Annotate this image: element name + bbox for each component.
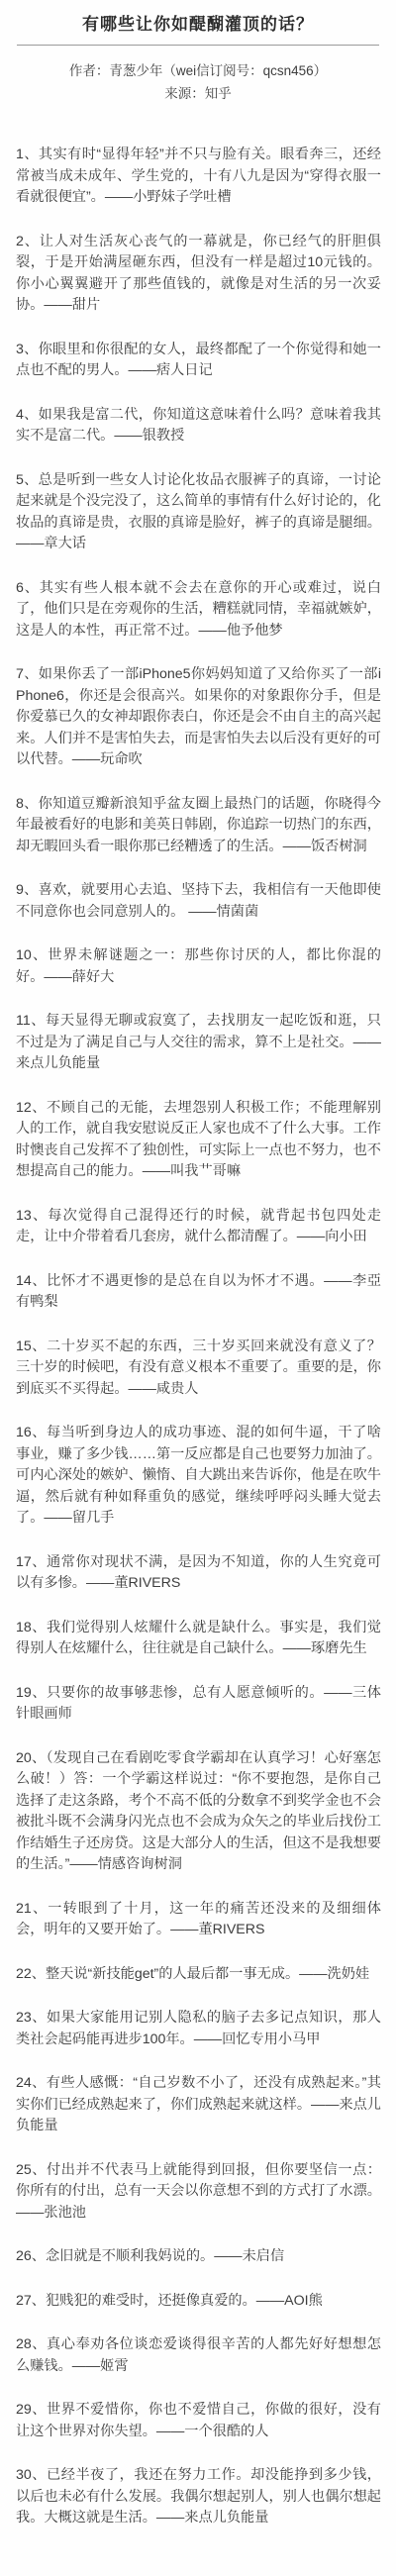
quote-item: 25、付出并不代表马上就能得到回报，但你要坚信一点：你所有的付出，总有一天会以你… (16, 2160, 381, 2225)
quote-item: 3、你眼里和你很配的女人，最终都配了一个你觉得和她一点也不配的男人。——痞人日记 (16, 340, 381, 382)
quote-item: 1、其实有时“显得年轻”并不只与脸有关。眼看奔三，还经常被当成未成年、学生党的，… (16, 145, 381, 209)
quote-item: 24、有些人感慨：“自己岁数不小了，还没有成熟起来。”其实你们已经成熟起来了，你… (16, 2073, 381, 2137)
quote-item: 27、犯贱犯的难受时，还挺像真爱的。——AOI熊 (16, 2291, 381, 2313)
quote-item: 2、让人对生活灰心丧气的一幕就是，你已经气的肝胆俱裂，于是开始满屋砸东西，但没有… (16, 232, 381, 317)
quote-item: 5、总是听到一些女人讨论化妆品衣服裤子的真谛，一讨论起来就是个没完没了，这么简单… (16, 470, 381, 555)
quote-item: 10、世界未解谜题之一：那些你讨厌的人，都比你混的好。——薛好大 (16, 945, 381, 988)
author-line: 作者：青葱少年（wei信订阅号：qcsn456） (0, 59, 396, 82)
quote-item: 6、其实有些人根本就不会去在意你的开心或难过，说白了，他们只是在旁观你的生活，糟… (16, 578, 381, 643)
quote-item: 9、喜欢，就要用心去追、坚持下去，我相信有一天他即使不同意你也会同意别人的。 —… (16, 880, 381, 923)
quote-item: 18、我们觉得别人炫耀什么就是缺什么。事实是，我们觉得别人在炫耀什么，往往就是自… (16, 1618, 381, 1660)
article-header: 有哪些让你如醍醐灌顶的话？ 作者：青葱少年（wei信订阅号：qcsn456） 来… (0, 0, 396, 105)
quote-item: 8、你知道豆瓣新浪知乎盆友圈上最热门的话题，你晓得今年最被看好的电影和美英日韩剧… (16, 794, 381, 858)
quote-item: 20、（发现自己在看剧吃零食学霸却在认真学习！心好塞怎么破！）答：一个学霸这样说… (16, 1748, 381, 1876)
quote-item: 11、每天显得无聊或寂寞了，去找朋友一起吃饭和逛，只不过是为了满足自己与人交往的… (16, 1011, 381, 1075)
quote-item: 4、如果我是富二代，你知道这意味着什么吗？意味着我其实不是富二代。——银教授 (16, 405, 381, 447)
quote-item: 19、只要你的故事够悲惨，总有人愿意倾听的。——三体针眼画师 (16, 1683, 381, 1726)
quote-item: 23、如果大家能用记别人隐私的脑子去多记点知识，那人类社会起码能再进步100年。… (16, 2008, 381, 2050)
quote-item: 22、整天说“新技能get”的人最后都一事无成。——洗奶娃 (16, 1964, 381, 1986)
quote-item: 26、念旧就是不顺利我妈说的。——未启信 (16, 2246, 381, 2268)
quote-item: 15、二十岁买不起的东西，三十岁买回来就没有意义了？三十岁的时候吧，有没有意义根… (16, 1337, 381, 1401)
quote-item: 28、真心奉劝各位谈恋爱谈得很辛苦的人都先好好想想怎么赚钱。——姬霄 (16, 2334, 381, 2377)
article-page: 有哪些让你如醍醐灌顶的话？ 作者：青葱少年（wei信订阅号：qcsn456） 来… (0, 0, 396, 2576)
quote-item: 13、每次觉得自己混得还行的时候，就背起书包四处走走，让中介带着看几套房，就什么… (16, 1206, 381, 1248)
quotes-list: 1、其实有时“显得年轻”并不只与脸有关。眼看奔三，还经常被当成未成年、学生党的，… (0, 145, 396, 2576)
quote-item: 12、不顾自己的无能，去埋怨别人积极工作；不能理解别人的工作，就自我安慰说反正人… (16, 1098, 381, 1183)
page-title: 有哪些让你如醍醐灌顶的话？ (10, 12, 386, 38)
source-line: 来源：知乎 (0, 82, 396, 105)
quote-item: 7、如果你丢了一部iPhone5你妈妈知道了又给你买了一部iPhone6，你还是… (16, 664, 381, 771)
quote-item: 14、比怀才不遇更惨的是总在自以为怀才不遇。——李亞有鸭梨 (16, 1271, 381, 1314)
quote-item: 30、已经半夜了，我还在努力工作。却没能挣到多少钱，以后也未必有什么发展。我偶尔… (16, 2465, 381, 2529)
quote-item: 17、通常你对现状不满，是因为不知道，你的人生究竟可以有多惨。——董RIVERS (16, 1552, 381, 1595)
quote-item: 21、一转眼到了十月，这一年的痛苦还没来的及细细体会，明年的又要开始了。——董R… (16, 1899, 381, 1941)
title-divider (17, 45, 379, 46)
quote-item: 29、世界不爱惜你，你也不爱惜自己，你做的很好，没有让这个世界对你失望。——一个… (16, 2400, 381, 2442)
quote-item: 16、每当听到身边人的成功事迹、混的如何牛逼，干了啥事业，赚了多少钱……第一反应… (16, 1423, 381, 1530)
